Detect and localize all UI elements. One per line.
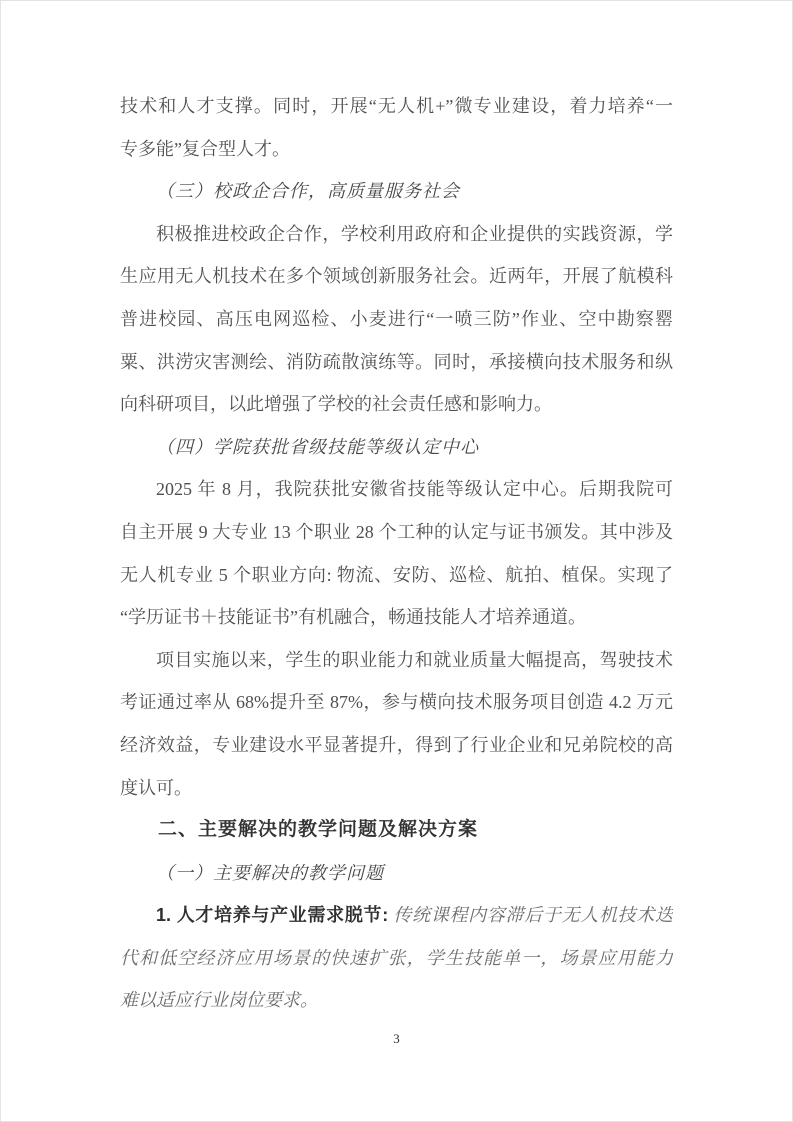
paragraph-line: 代和低空经济应用场景的快速扩张，学生技能单一，场景应用能力弱，	[120, 937, 673, 980]
document-body: 技术和人才支撑。同时，开展“无人机+”微专业建设，着力培养“一 专多能”复合型人…	[120, 85, 673, 1022]
paragraph-line: 普进校园、高压电网巡检、小麦进行“一喷三防”作业、空中勘察罂	[120, 298, 673, 341]
page-number: 3	[1, 1031, 792, 1047]
paragraph-line: 生应用无人机技术在多个领域创新服务社会。近两年，开展了航模科	[120, 255, 673, 298]
paragraph-line: 难以适应行业岗位要求。	[120, 979, 673, 1022]
paragraph-line: 度认可。	[120, 767, 673, 810]
paragraph-line: 向科研项目，以此增强了学校的社会责任感和影响力。	[120, 383, 673, 426]
heading-section-4: （四）学院获批省级技能等级认定中心	[120, 426, 673, 469]
paragraph-line: 自主开展 9 大专业 13 个职业 28 个工种的认定与证书颁发。其中涉及	[120, 511, 673, 554]
paragraph-line: 1. 人才培养与产业需求脱节: 传统课程内容滞后于无人机技术迭	[120, 894, 673, 937]
paragraph-line: 专多能”复合型人才。	[120, 128, 673, 171]
paragraph-line: 经济效益，专业建设水平显著提升，得到了行业企业和兄弟院校的高	[120, 724, 673, 767]
paragraph-line: “学历证书＋技能证书”有机融合，畅通技能人才培养通道。	[120, 596, 673, 639]
document-page: 技术和人才支撑。同时，开展“无人机+”微专业建设，着力培养“一 专多能”复合型人…	[0, 0, 793, 1122]
heading-part-2: 二、主要解决的教学问题及解决方案	[120, 809, 673, 852]
paragraph-line: 积极推进校政企合作，学校利用政府和企业提供的实践资源，学	[120, 213, 673, 256]
paragraph-line: 2025 年 8 月，我院获批安徽省技能等级认定中心。后期我院可	[120, 468, 673, 511]
paragraph-line: 考证通过率从 68%提升至 87%，参与横向技术服务项目创造 4.2 万元	[120, 681, 673, 724]
paragraph-line: 无人机专业 5 个职业方向: 物流、安防、巡检、航拍、植保。实现了	[120, 554, 673, 597]
paragraph-line: 技术和人才支撑。同时，开展“无人机+”微专业建设，着力培养“一	[120, 85, 673, 128]
paragraph-line: 项目实施以来，学生的职业能力和就业质量大幅提高，驾驶技术	[120, 639, 673, 682]
problem-1-lead: 1. 人才培养与产业需求脱节:	[156, 905, 388, 925]
heading-section-3: （三）校政企合作，高质量服务社会	[120, 170, 673, 213]
heading-part-2-sub-1: （一）主要解决的教学问题	[120, 852, 673, 895]
problem-1-text: 传统课程内容滞后于无人机技术迭	[393, 905, 673, 925]
paragraph-line: 粟、洪涝灾害测绘、消防疏散演练等。同时，承接横向技术服务和纵	[120, 341, 673, 384]
